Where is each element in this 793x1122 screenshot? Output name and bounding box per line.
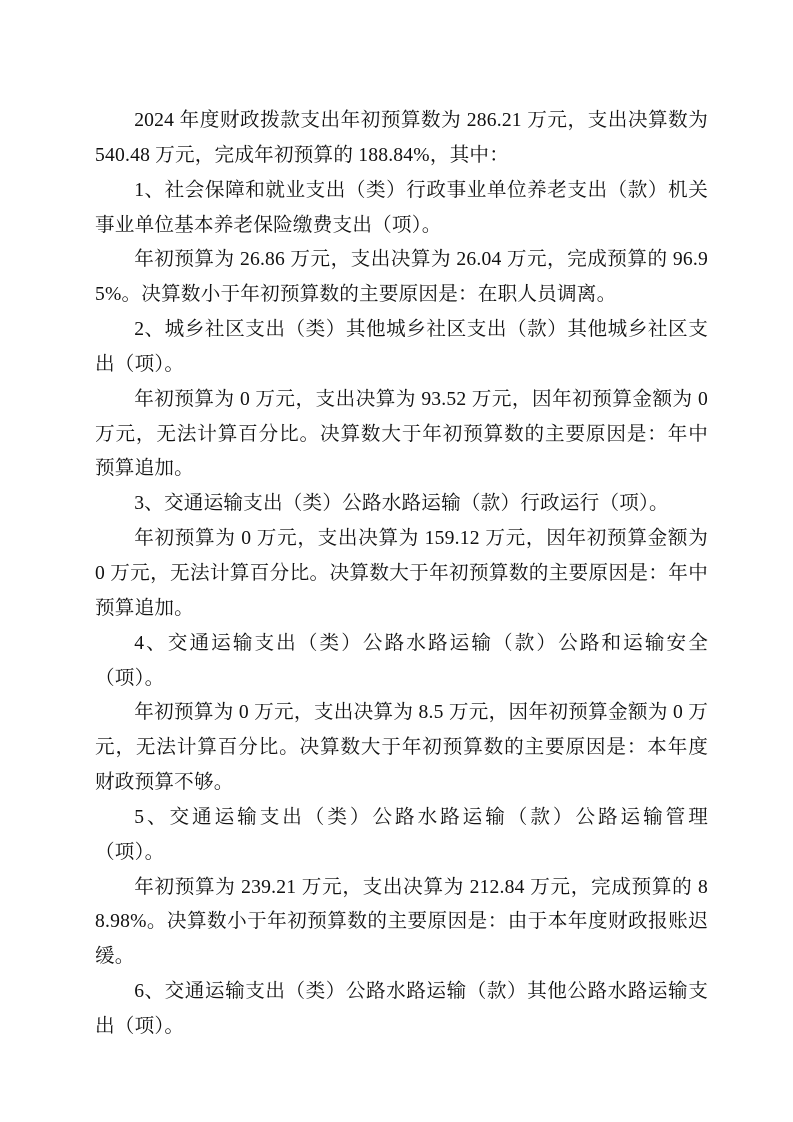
paragraph-5: 年初预算为 0 万元，支出决算为 93.52 万元，因年初预算金额为 0 万元，…: [95, 383, 708, 488]
paragraph-6: 3、交通运输支出（类）公路水路运输（款）行政运行（项）。: [95, 487, 708, 522]
document-body: 2024 年度财政拨款支出年初预算数为 286.21 万元，支出决算数为 540…: [95, 104, 708, 1045]
paragraph-10: 5、交通运输支出（类）公路水路运输（款）公路运输管理（项）。: [95, 801, 708, 871]
paragraph-9: 年初预算为 0 万元，支出决算为 8.5 万元，因年初预算金额为 0 万元，无法…: [95, 696, 708, 801]
paragraph-1: 2024 年度财政拨款支出年初预算数为 286.21 万元，支出决算数为 540…: [95, 104, 708, 174]
document-page: 2024 年度财政拨款支出年初预算数为 286.21 万元，支出决算数为 540…: [0, 0, 793, 1122]
paragraph-8: 4、交通运输支出（类）公路水路运输（款）公路和运输安全（项）。: [95, 627, 708, 697]
paragraph-3: 年初预算为 26.86 万元，支出决算为 26.04 万元，完成预算的 96.9…: [95, 243, 708, 313]
paragraph-7: 年初预算为 0 万元，支出决算为 159.12 万元，因年初预算金额为 0 万元…: [95, 522, 708, 627]
paragraph-4: 2、城乡社区支出（类）其他城乡社区支出（款）其他城乡社区支出（项）。: [95, 313, 708, 383]
paragraph-11: 年初预算为 239.21 万元，支出决算为 212.84 万元，完成预算的 88…: [95, 871, 708, 976]
paragraph-12: 6、交通运输支出（类）公路水路运输（款）其他公路水路运输支出（项）。: [95, 975, 708, 1045]
paragraph-2: 1、社会保障和就业支出（类）行政事业单位养老支出（款）机关事业单位基本养老保险缴…: [95, 174, 708, 244]
